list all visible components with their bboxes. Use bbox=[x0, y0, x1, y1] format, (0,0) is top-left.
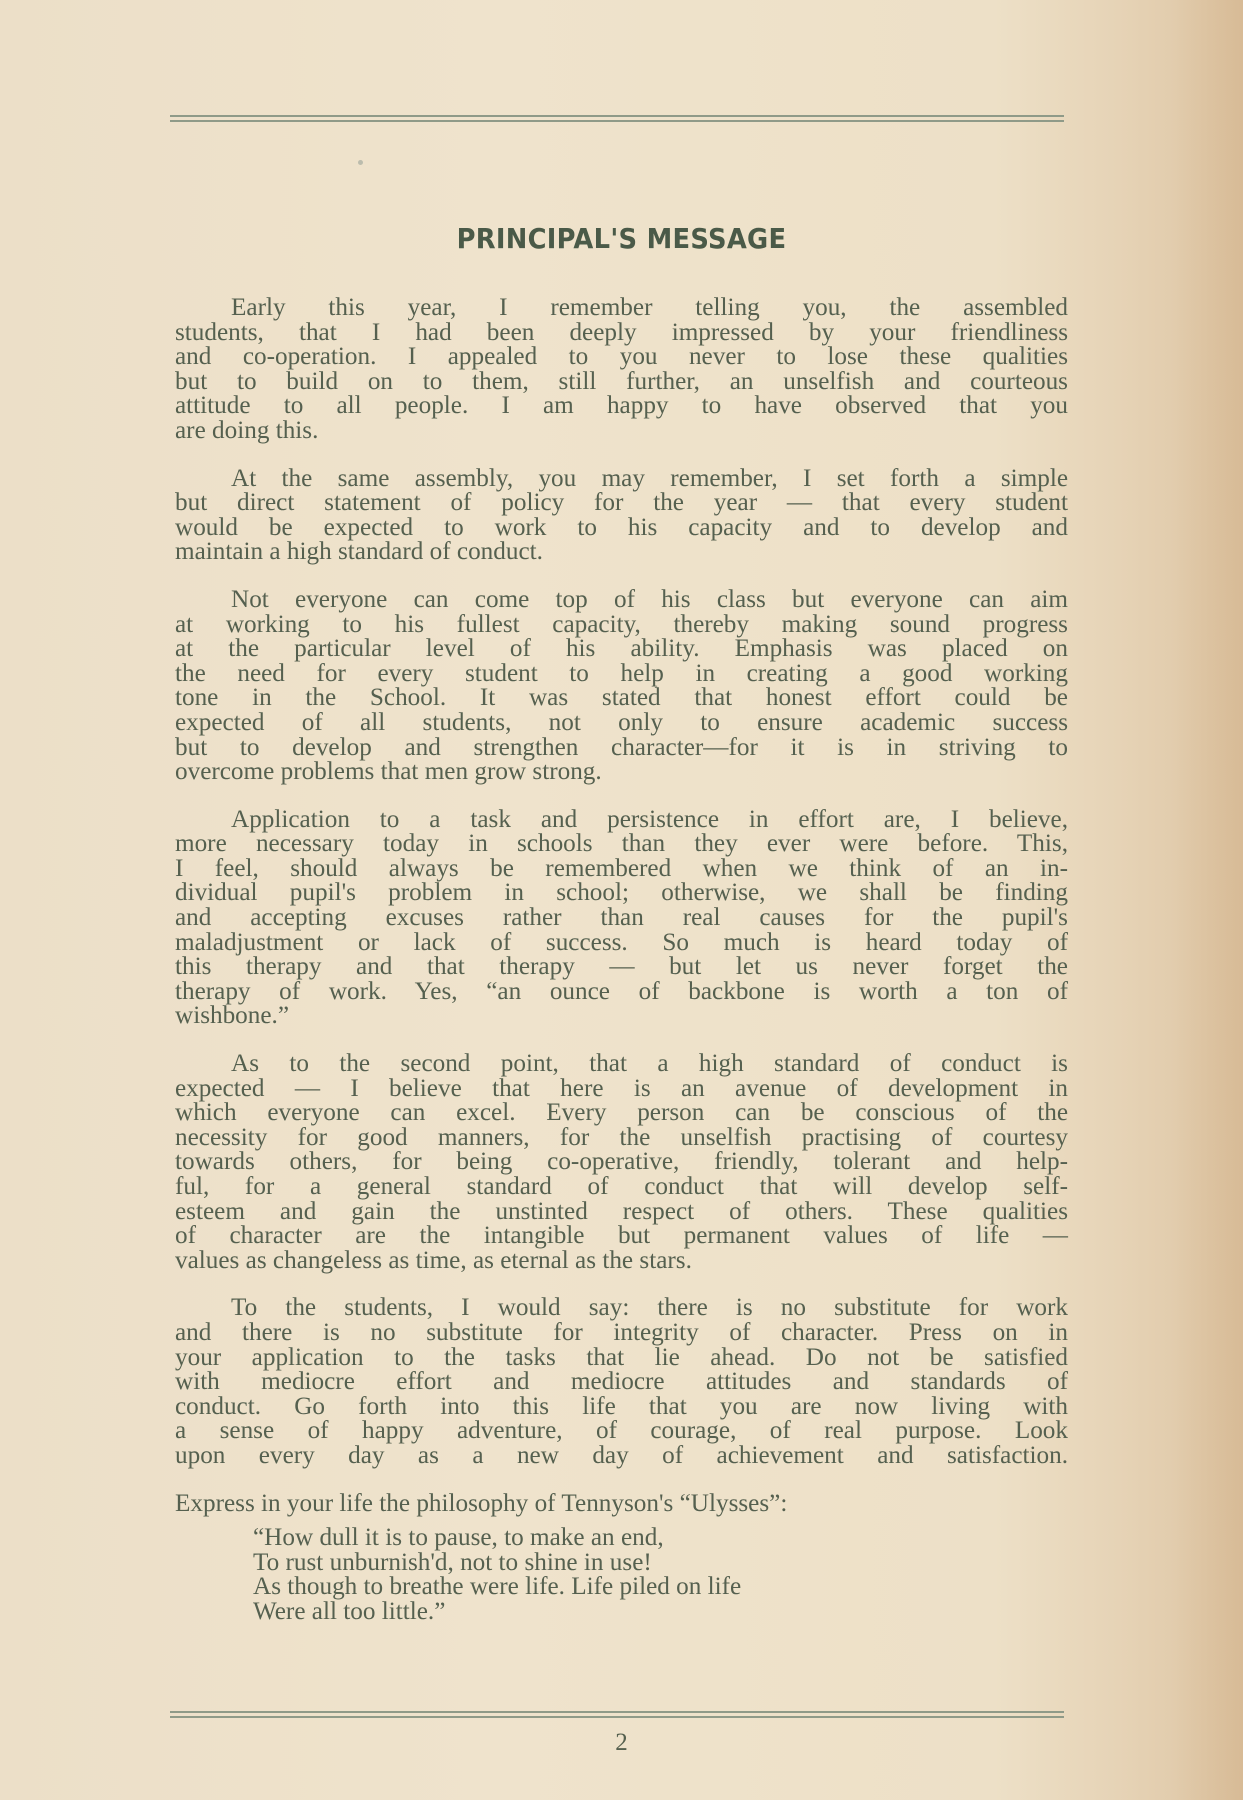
text-line: but to build on to them, still further, … bbox=[175, 370, 1068, 395]
text-line: and co-operation. I appealed to you neve… bbox=[175, 345, 1068, 370]
text-line: I feel, should always be remembered when… bbox=[175, 857, 1068, 882]
page-edge-shadow bbox=[1173, 0, 1243, 1800]
text-line: Early this year, I remember telling you,… bbox=[175, 296, 1068, 321]
text-line: overcome problems that men grow strong. bbox=[175, 760, 1068, 785]
text-line: would be expected to work to his capacit… bbox=[175, 516, 1068, 541]
text-line: this therapy and that therapy — but let … bbox=[175, 955, 1068, 980]
text-line: with mediocre effort and mediocre attitu… bbox=[175, 1370, 1068, 1395]
text-line: necessity for good manners, for the unse… bbox=[175, 1126, 1068, 1151]
bottom-double-rule bbox=[170, 1711, 1064, 1718]
text-line: upon every day as a new day of achieveme… bbox=[175, 1444, 1068, 1469]
text-line: therapy of work. Yes, “an ounce of backb… bbox=[175, 980, 1068, 1005]
page-title: PRINCIPAL'S MESSAGE bbox=[50, 222, 1194, 255]
poem-line: “How dull it is to pause, to make an end… bbox=[253, 1526, 1068, 1551]
text-line: at the particular level of his ability. … bbox=[175, 637, 1068, 662]
text-line: values as changeless as time, as eternal… bbox=[175, 1249, 1068, 1274]
text-line: and accepting excuses rather than real c… bbox=[175, 906, 1068, 931]
text-line: Not everyone can come top of his class b… bbox=[175, 588, 1068, 613]
text-line: maladjustment or lack of success. So muc… bbox=[175, 931, 1068, 956]
text-line: expected — I believe that here is an ave… bbox=[175, 1077, 1068, 1102]
text-line: Application to a task and persistence in… bbox=[175, 808, 1068, 833]
paragraph-4: Application to a task and persistence in… bbox=[175, 808, 1068, 1029]
page-number: 2 bbox=[0, 1729, 1243, 1757]
text-line: maintain a high standard of conduct. bbox=[175, 540, 1068, 565]
message-body: Early this year, I remember telling you,… bbox=[175, 296, 1068, 1625]
text-line: wishbone.” bbox=[175, 1004, 1068, 1029]
text-line: towards others, for being co-operative, … bbox=[175, 1150, 1068, 1175]
print-speck bbox=[358, 160, 363, 165]
poem-line: To rust unburnish'd, not to shine in use… bbox=[253, 1551, 1068, 1576]
text-line: and there is no substitute for integrity… bbox=[175, 1321, 1068, 1346]
text-line: more necessary today in schools than the… bbox=[175, 832, 1068, 857]
paragraph-3: Not everyone can come top of his class b… bbox=[175, 588, 1068, 785]
text-line: At the same assembly, you may remember, … bbox=[175, 467, 1068, 492]
text-line: but direct statement of policy for the y… bbox=[175, 491, 1068, 516]
text-line: a sense of happy adventure, of courage, … bbox=[175, 1419, 1068, 1444]
text-line: students, that I had been deeply impress… bbox=[175, 321, 1068, 346]
text-line: tone in the School. It was stated that h… bbox=[175, 686, 1068, 711]
text-line: of character are the intangible but perm… bbox=[175, 1224, 1068, 1249]
text-line: esteem and gain the unstinted respect of… bbox=[175, 1200, 1068, 1225]
paragraph-6: To the students, I would say: there is n… bbox=[175, 1296, 1068, 1468]
paragraph-5: As to the second point, that a high stan… bbox=[175, 1052, 1068, 1273]
closing-intro: Express in your life the philosophy of T… bbox=[175, 1492, 1068, 1517]
text-line: Express in your life the philosophy of T… bbox=[175, 1492, 1068, 1517]
tennyson-quote: “How dull it is to pause, to make an end… bbox=[175, 1526, 1068, 1624]
text-line: but to develop and strengthen character—… bbox=[175, 736, 1068, 761]
text-line: are doing this. bbox=[175, 419, 1068, 444]
top-double-rule bbox=[170, 115, 1064, 122]
text-line: dividual pupil's problem in school; othe… bbox=[175, 881, 1068, 906]
text-line: ful, for a general standard of conduct t… bbox=[175, 1175, 1068, 1200]
text-line: As to the second point, that a high stan… bbox=[175, 1052, 1068, 1077]
text-line: To the students, I would say: there is n… bbox=[175, 1296, 1068, 1321]
text-line: conduct. Go forth into this life that yo… bbox=[175, 1395, 1068, 1420]
text-line: expected of all students, not only to en… bbox=[175, 711, 1068, 736]
paragraph-1: Early this year, I remember telling you,… bbox=[175, 296, 1068, 444]
text-line: the need for every student to help in cr… bbox=[175, 662, 1068, 687]
paragraph-2: At the same assembly, you may remember, … bbox=[175, 467, 1068, 565]
text-line: your application to the tasks that lie a… bbox=[175, 1346, 1068, 1371]
text-line: at working to his fullest capacity, ther… bbox=[175, 613, 1068, 638]
poem-line: As though to breathe were life. Life pil… bbox=[253, 1575, 1068, 1600]
text-line: attitude to all people. I am happy to ha… bbox=[175, 394, 1068, 419]
poem-line: Were all too little.” bbox=[253, 1600, 1068, 1625]
text-line: which everyone can excel. Every person c… bbox=[175, 1101, 1068, 1126]
